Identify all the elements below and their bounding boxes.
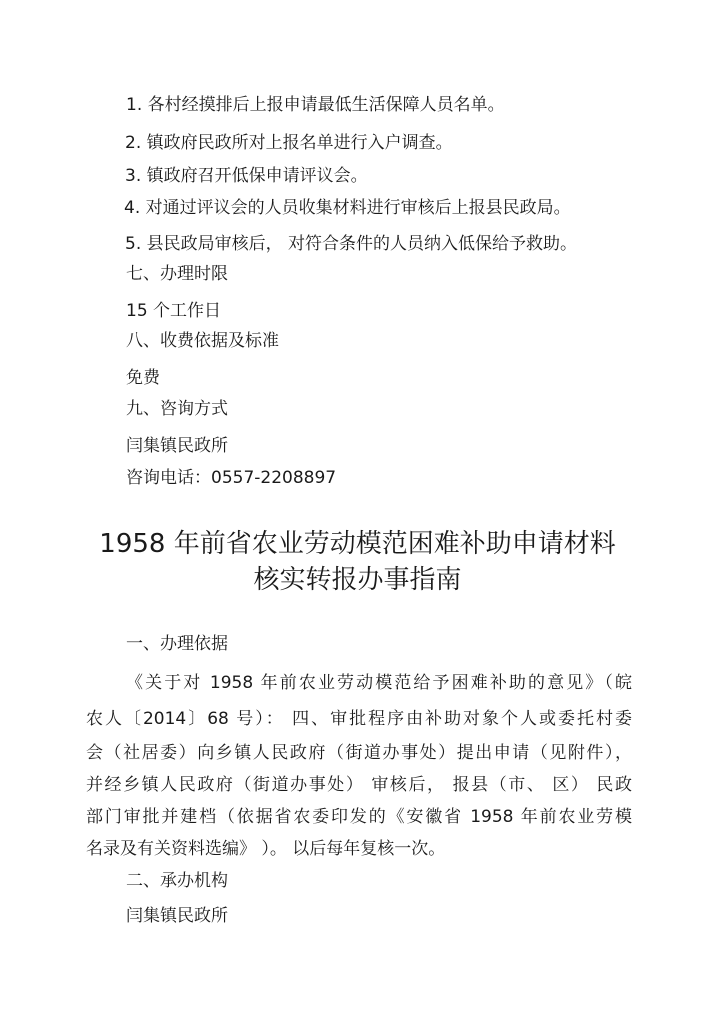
paragraph-line: 农人〔2014〕68 号）： 四、审批程序由补助对象个人或委托村委 [86,708,632,730]
paragraph-line: 并经乡镇人民政府（街道办事处） 审核后， 报县（市、 区） 民政 [86,774,632,796]
paragraph-line: 会（社居委）向乡镇人民政府（街道办事处）提出申请（见附件）， [86,742,632,764]
phone-number: 0557-2208897 [211,468,336,488]
section-heading-basis: 一、办理依据 [126,633,228,655]
guide-title-line-2: 核实转报办事指南 [0,563,715,597]
contact-phone-line: 咨询电话：0557-2208897 [126,467,336,489]
phone-label: 咨询电话： [126,468,211,488]
procedure-step: 3. 镇政府召开低保申请评议会。 [125,165,368,187]
procedure-step: 1. 各村经摸排后上报申请最低生活保障人员名单。 [126,94,505,116]
contact-office: 闫集镇民政所 [126,435,228,457]
procedure-step: 5. 县民政局审核后， 对符合条件的人员纳入低保给予救助。 [125,233,577,255]
section-heading-contact: 九、咨询方式 [126,398,228,420]
handling-agency-value: 闫集镇民政所 [126,905,228,927]
section-heading-time-limit: 七、办理时限 [126,263,228,285]
paragraph-line: 《关于对 1958 年前农业劳动模范给予困难补助的意见》（皖 [126,672,632,694]
guide-title-line-1: 1958 年前省农业劳动模范困难补助申请材料 [0,527,715,561]
fee-value: 免费 [126,367,160,389]
paragraph-line: 名录及有关资料选编》 ）。 以后每年复核一次。 [86,838,445,860]
time-limit-value: 15 个工作日 [126,300,221,322]
procedure-step: 2. 镇政府民政所对上报名单进行入户调查。 [125,132,453,154]
section-heading-handling-agency: 二、承办机构 [126,870,228,892]
section-heading-fees: 八、收费依据及标准 [126,330,279,352]
paragraph-line: 部门审批并建档（依据省农委印发的《安徽省 1958 年前农业劳模 [86,806,632,828]
procedure-step: 4. 对通过评议会的人员收集材料进行审核后上报县民政局。 [124,197,571,219]
